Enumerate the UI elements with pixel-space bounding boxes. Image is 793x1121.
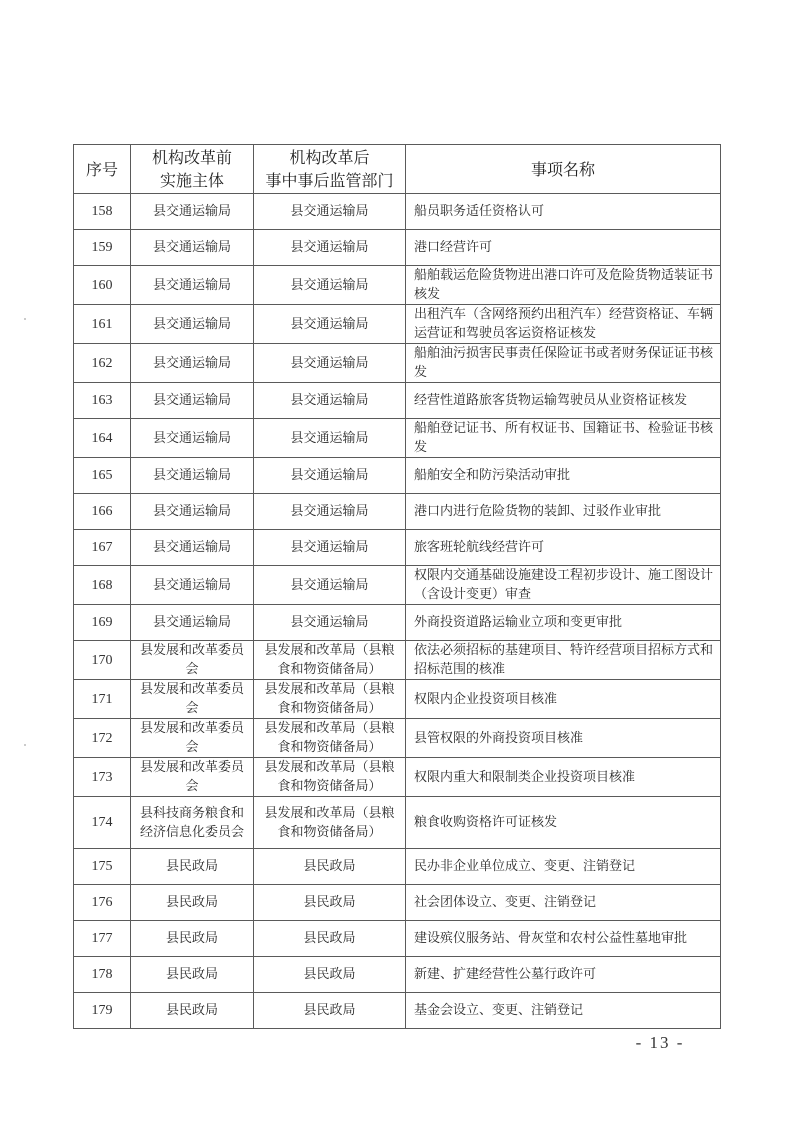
cell-item-name: 外商投资道路运输业立项和变更审批 <box>406 605 721 641</box>
cell-serial-number: 173 <box>74 758 131 797</box>
cell-serial-number: 167 <box>74 530 131 566</box>
cell-item-name: 粮食收购资格许可证核发 <box>406 797 721 849</box>
cell-item-name: 出租汽车（含网络预约出租汽车）经营资格证、车辆运营证和驾驶员客运资格证核发 <box>406 305 721 344</box>
cell-supervising-dept-after: 县交通运输局 <box>254 419 406 458</box>
cell-supervising-dept-after: 县交通运输局 <box>254 305 406 344</box>
table-row: 168县交通运输局县交通运输局权限内交通基础设施建设工程初步设计、施工图设计（含… <box>74 566 721 605</box>
cell-implementing-body-before: 县交通运输局 <box>131 530 254 566</box>
cell-supervising-dept-after: 县民政局 <box>254 849 406 885</box>
cell-supervising-dept-after: 县交通运输局 <box>254 230 406 266</box>
table-row: 172县发展和改革委员会县发展和改革局（县粮食和物资储备局）县管权限的外商投资项… <box>74 719 721 758</box>
cell-item-name: 县管权限的外商投资项目核准 <box>406 719 721 758</box>
header-implementing-body-before: 机构改革前实施主体 <box>131 145 254 194</box>
cell-serial-number: 169 <box>74 605 131 641</box>
cell-serial-number: 171 <box>74 680 131 719</box>
cell-implementing-body-before: 县科技商务粮食和经济信息化委员会 <box>131 797 254 849</box>
table-body: 158县交通运输局县交通运输局船员职务适任资格认可159县交通运输局县交通运输局… <box>74 194 721 1029</box>
table-row: 161县交通运输局县交通运输局出租汽车（含网络预约出租汽车）经营资格证、车辆运营… <box>74 305 721 344</box>
cell-implementing-body-before: 县交通运输局 <box>131 305 254 344</box>
cell-serial-number: 175 <box>74 849 131 885</box>
cell-supervising-dept-after: 县交通运输局 <box>254 458 406 494</box>
cell-serial-number: 172 <box>74 719 131 758</box>
cell-implementing-body-before: 县交通运输局 <box>131 494 254 530</box>
cell-implementing-body-before: 县交通运输局 <box>131 344 254 383</box>
cell-serial-number: 177 <box>74 921 131 957</box>
table-row: 165县交通运输局县交通运输局船舶安全和防污染活动审批 <box>74 458 721 494</box>
table-row: 173县发展和改革委员会县发展和改革局（县粮食和物资储备局）权限内重大和限制类企… <box>74 758 721 797</box>
cell-implementing-body-before: 县发展和改革委员会 <box>131 680 254 719</box>
cell-item-name: 权限内企业投资项目核准 <box>406 680 721 719</box>
cell-serial-number: 159 <box>74 230 131 266</box>
cell-supervising-dept-after: 县交通运输局 <box>254 494 406 530</box>
table-row: 174县科技商务粮食和经济信息化委员会县发展和改革局（县粮食和物资储备局）粮食收… <box>74 797 721 849</box>
table-row: 166县交通运输局县交通运输局港口内进行危险货物的装卸、过驳作业审批 <box>74 494 721 530</box>
cell-serial-number: 174 <box>74 797 131 849</box>
cell-serial-number: 179 <box>74 993 131 1029</box>
cell-item-name: 船舶登记证书、所有权证书、国籍证书、检验证书核发 <box>406 419 721 458</box>
table-row: 159县交通运输局县交通运输局港口经营许可 <box>74 230 721 266</box>
cell-implementing-body-before: 县交通运输局 <box>131 458 254 494</box>
cell-implementing-body-before: 县民政局 <box>131 921 254 957</box>
cell-implementing-body-before: 县民政局 <box>131 993 254 1029</box>
cell-item-name: 权限内重大和限制类企业投资项目核准 <box>406 758 721 797</box>
cell-supervising-dept-after: 县交通运输局 <box>254 530 406 566</box>
table-row: 167县交通运输局县交通运输局旅客班轮航线经营许可 <box>74 530 721 566</box>
cell-item-name: 社会团体设立、变更、注销登记 <box>406 885 721 921</box>
cell-implementing-body-before: 县交通运输局 <box>131 419 254 458</box>
table-row: 160县交通运输局县交通运输局船舶载运危险货物进出港口许可及危险货物适装证书核发 <box>74 266 721 305</box>
cell-supervising-dept-after: 县发展和改革局（县粮食和物资储备局） <box>254 797 406 849</box>
page-number: - 13 - <box>620 1033 700 1053</box>
cell-implementing-body-before: 县交通运输局 <box>131 383 254 419</box>
cell-serial-number: 162 <box>74 344 131 383</box>
cell-serial-number: 166 <box>74 494 131 530</box>
cell-implementing-body-before: 县民政局 <box>131 849 254 885</box>
cell-supervising-dept-after: 县民政局 <box>254 993 406 1029</box>
cell-supervising-dept-after: 县交通运输局 <box>254 605 406 641</box>
cell-item-name: 依法必须招标的基建项目、特许经营项目招标方式和招标范围的核准 <box>406 641 721 680</box>
cell-item-name: 建设殡仪服务站、骨灰堂和农村公益性墓地审批 <box>406 921 721 957</box>
cell-serial-number: 160 <box>74 266 131 305</box>
cell-serial-number: 161 <box>74 305 131 344</box>
cell-serial-number: 165 <box>74 458 131 494</box>
cell-supervising-dept-after: 县交通运输局 <box>254 383 406 419</box>
cell-item-name: 船舶安全和防污染活动审批 <box>406 458 721 494</box>
scan-speck <box>24 744 26 746</box>
cell-supervising-dept-after: 县发展和改革局（县粮食和物资储备局） <box>254 641 406 680</box>
cell-serial-number: 168 <box>74 566 131 605</box>
header-item-name-label: 事项名称 <box>531 160 595 179</box>
table-row: 179县民政局县民政局基金会设立、变更、注销登记 <box>74 993 721 1029</box>
cell-item-name: 旅客班轮航线经营许可 <box>406 530 721 566</box>
table-row: 169县交通运输局县交通运输局外商投资道路运输业立项和变更审批 <box>74 605 721 641</box>
header-before-line1: 机构改革前 <box>152 148 232 167</box>
cell-implementing-body-before: 县交通运输局 <box>131 266 254 305</box>
cell-implementing-body-before: 县民政局 <box>131 885 254 921</box>
cell-supervising-dept-after: 县发展和改革局（县粮食和物资储备局） <box>254 719 406 758</box>
table-row: 175县民政局县民政局民办非企业单位成立、变更、注销登记 <box>74 849 721 885</box>
header-serial-number: 序号 <box>74 145 131 194</box>
cell-implementing-body-before: 县交通运输局 <box>131 230 254 266</box>
table-row: 178县民政局县民政局新建、扩建经营性公墓行政许可 <box>74 957 721 993</box>
cell-implementing-body-before: 县交通运输局 <box>131 194 254 230</box>
header-after-line2: 事中事后监管部门 <box>265 171 393 190</box>
cell-serial-number: 158 <box>74 194 131 230</box>
cell-item-name: 基金会设立、变更、注销登记 <box>406 993 721 1029</box>
table-row: 158县交通运输局县交通运输局船员职务适任资格认可 <box>74 194 721 230</box>
table-row: 171县发展和改革委员会县发展和改革局（县粮食和物资储备局）权限内企业投资项目核… <box>74 680 721 719</box>
cell-supervising-dept-after: 县交通运输局 <box>254 566 406 605</box>
table-row: 162县交通运输局县交通运输局船舶油污损害民事责任保险证书或者财务保证证书核发 <box>74 344 721 383</box>
cell-item-name: 新建、扩建经营性公墓行政许可 <box>406 957 721 993</box>
cell-supervising-dept-after: 县民政局 <box>254 957 406 993</box>
header-item-name: 事项名称 <box>406 145 721 194</box>
cell-implementing-body-before: 县发展和改革委员会 <box>131 758 254 797</box>
cell-implementing-body-before: 县民政局 <box>131 957 254 993</box>
header-supervising-dept-after: 机构改革后事中事后监管部门 <box>254 145 406 194</box>
cell-supervising-dept-after: 县交通运输局 <box>254 266 406 305</box>
cell-supervising-dept-after: 县发展和改革局（县粮食和物资储备局） <box>254 758 406 797</box>
cell-supervising-dept-after: 县交通运输局 <box>254 344 406 383</box>
cell-supervising-dept-after: 县民政局 <box>254 921 406 957</box>
table-row: 176县民政局县民政局社会团体设立、变更、注销登记 <box>74 885 721 921</box>
cell-item-name: 船员职务适任资格认可 <box>406 194 721 230</box>
cell-item-name: 港口内进行危险货物的装卸、过驳作业审批 <box>406 494 721 530</box>
cell-serial-number: 164 <box>74 419 131 458</box>
cell-item-name: 船舶载运危险货物进出港口许可及危险货物适装证书核发 <box>406 266 721 305</box>
scan-speck <box>24 318 26 320</box>
cell-serial-number: 163 <box>74 383 131 419</box>
cell-implementing-body-before: 县发展和改革委员会 <box>131 719 254 758</box>
cell-supervising-dept-after: 县交通运输局 <box>254 194 406 230</box>
cell-item-name: 民办非企业单位成立、变更、注销登记 <box>406 849 721 885</box>
table-header: 序号 机构改革前实施主体 机构改革后事中事后监管部门 事项名称 <box>74 145 721 194</box>
cell-implementing-body-before: 县交通运输局 <box>131 566 254 605</box>
table-row: 164县交通运输局县交通运输局船舶登记证书、所有权证书、国籍证书、检验证书核发 <box>74 419 721 458</box>
cell-serial-number: 178 <box>74 957 131 993</box>
header-before-line2: 实施主体 <box>160 171 224 190</box>
header-serial-number-label: 序号 <box>86 160 118 179</box>
table-row: 170县发展和改革委员会县发展和改革局（县粮食和物资储备局）依法必须招标的基建项… <box>74 641 721 680</box>
header-after-line1: 机构改革后 <box>289 148 369 167</box>
cell-implementing-body-before: 县交通运输局 <box>131 605 254 641</box>
cell-item-name: 经营性道路旅客货物运输驾驶员从业资格证核发 <box>406 383 721 419</box>
table-row: 163县交通运输局县交通运输局经营性道路旅客货物运输驾驶员从业资格证核发 <box>74 383 721 419</box>
cell-serial-number: 176 <box>74 885 131 921</box>
cell-supervising-dept-after: 县发展和改革局（县粮食和物资储备局） <box>254 680 406 719</box>
cell-implementing-body-before: 县发展和改革委员会 <box>131 641 254 680</box>
table-header-row: 序号 机构改革前实施主体 机构改革后事中事后监管部门 事项名称 <box>74 145 721 194</box>
cell-item-name: 权限内交通基础设施建设工程初步设计、施工图设计（含设计变更）审查 <box>406 566 721 605</box>
cell-item-name: 船舶油污损害民事责任保险证书或者财务保证证书核发 <box>406 344 721 383</box>
approval-items-table: 序号 机构改革前实施主体 机构改革后事中事后监管部门 事项名称 158县交通运输… <box>73 144 721 1029</box>
cell-serial-number: 170 <box>74 641 131 680</box>
cell-item-name: 港口经营许可 <box>406 230 721 266</box>
cell-supervising-dept-after: 县民政局 <box>254 885 406 921</box>
table-row: 177县民政局县民政局建设殡仪服务站、骨灰堂和农村公益性墓地审批 <box>74 921 721 957</box>
